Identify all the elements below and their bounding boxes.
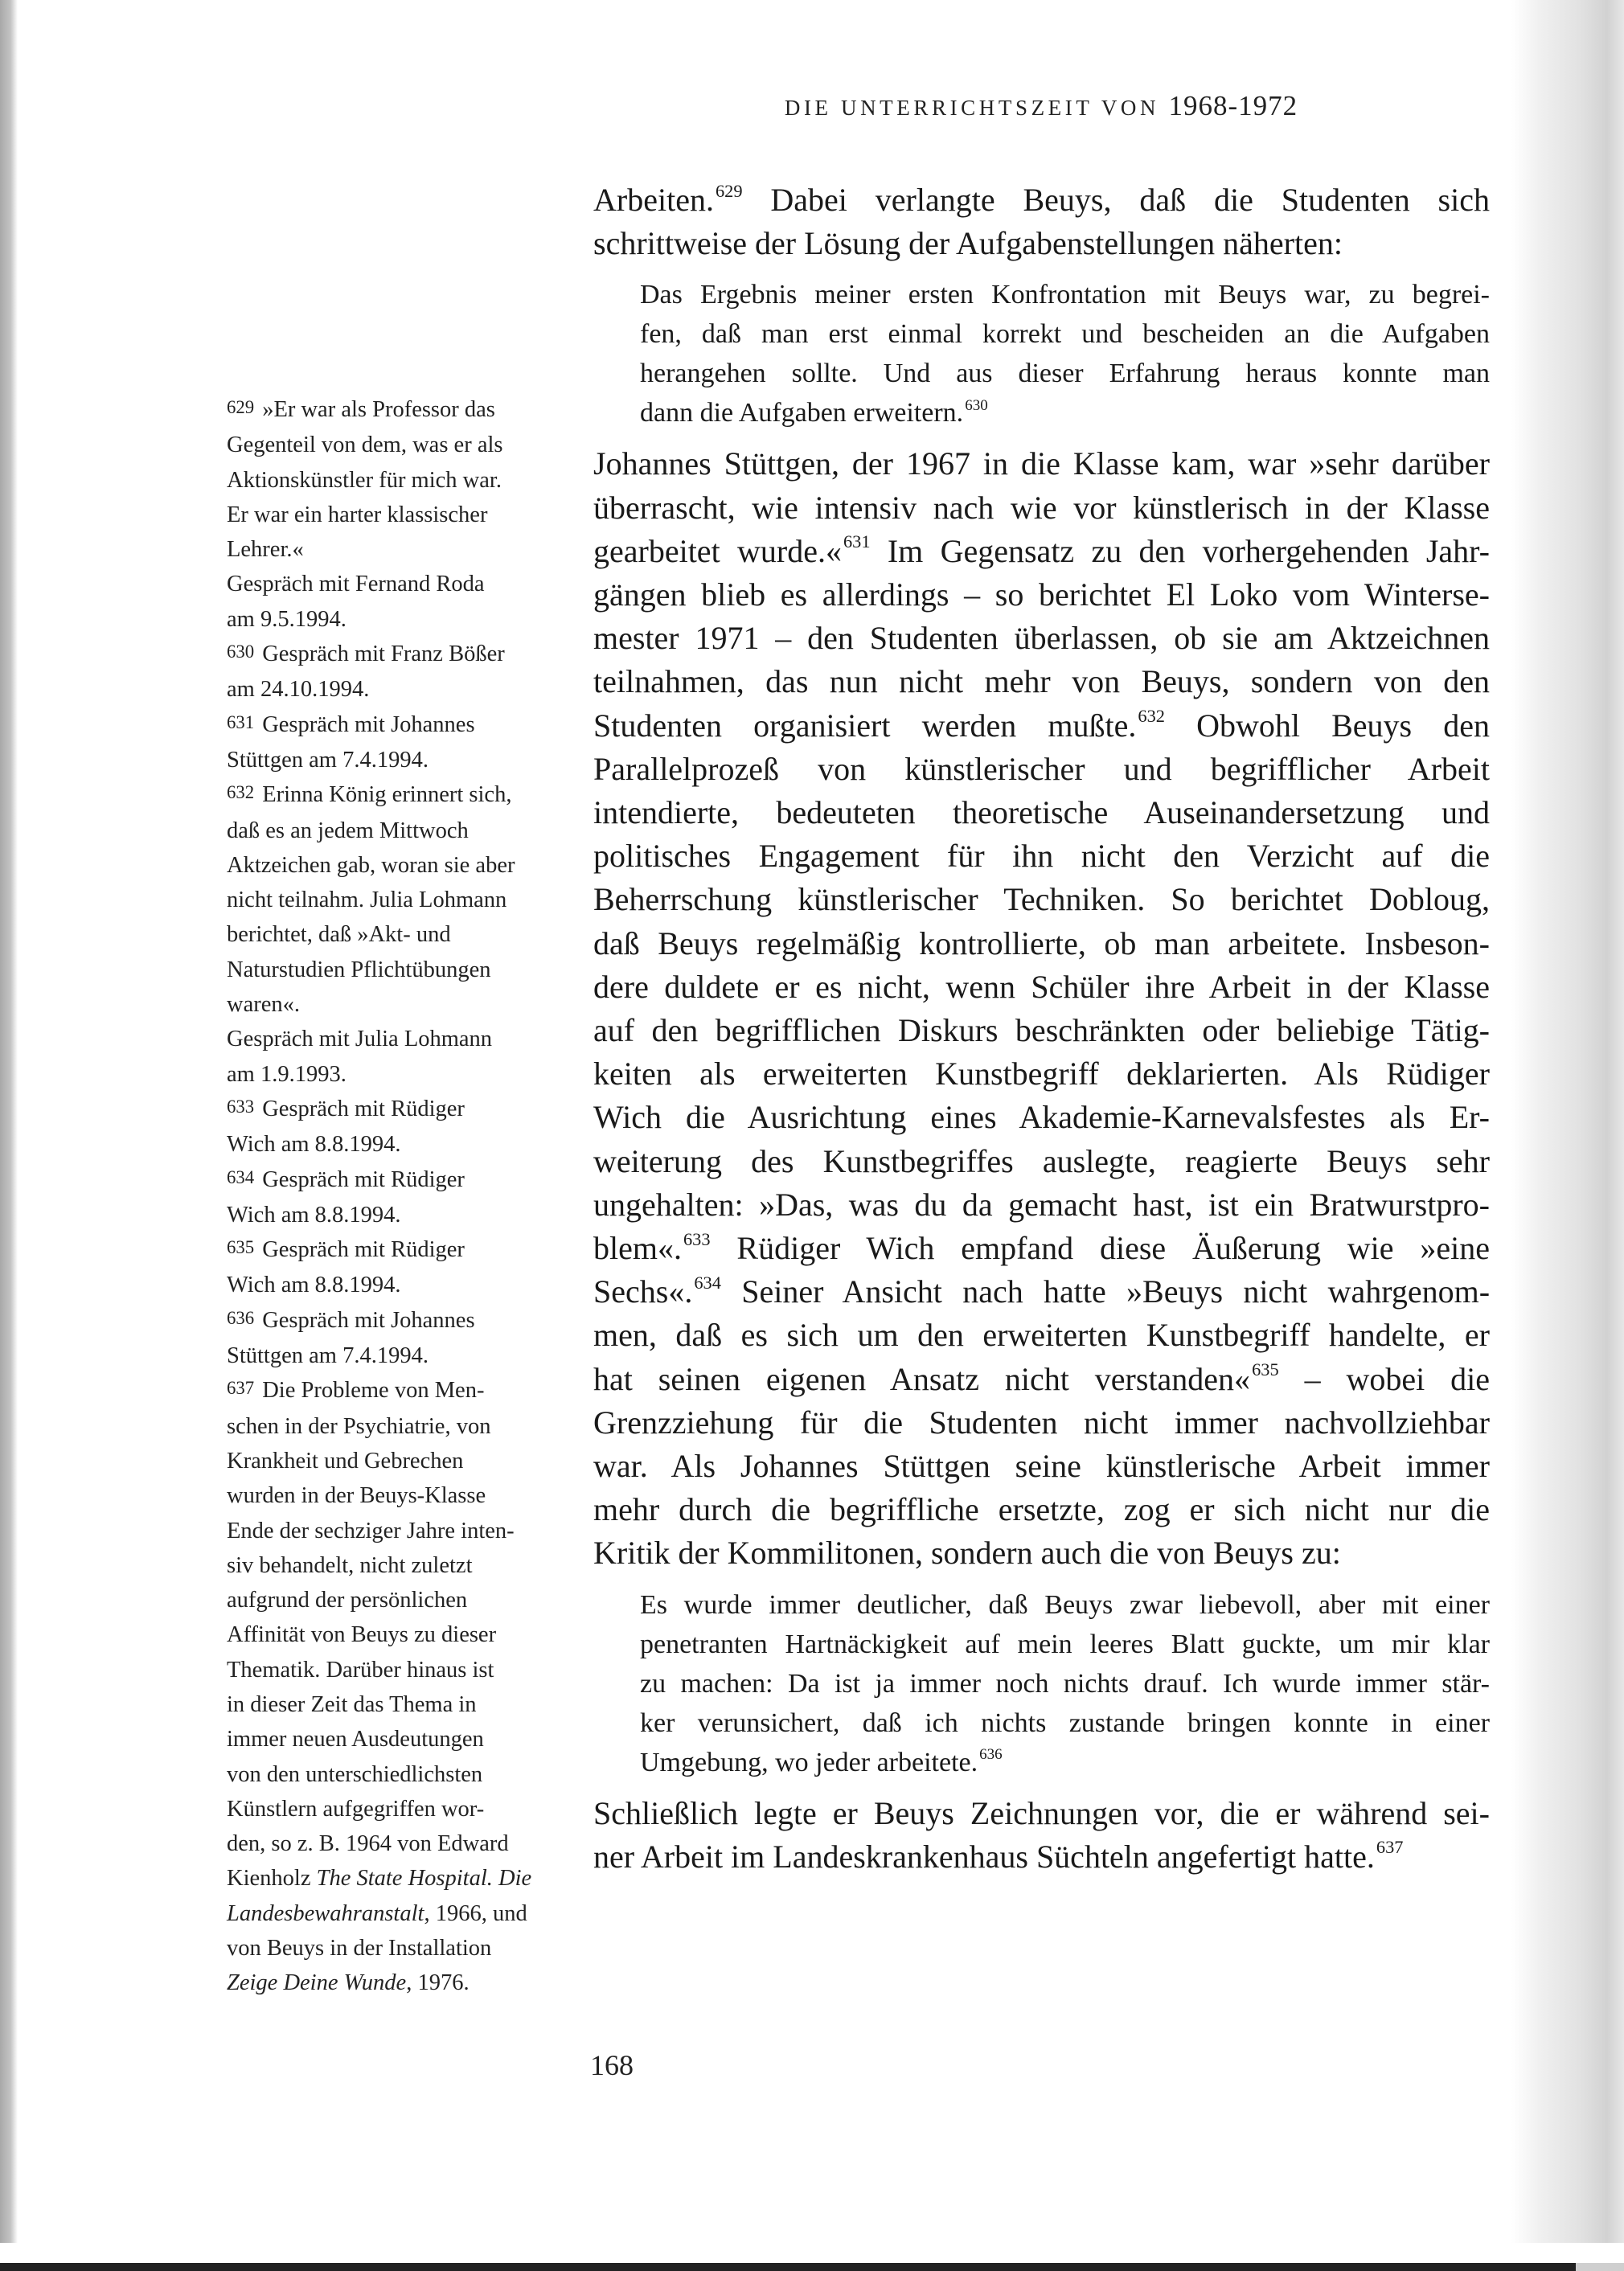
body-text: Rüdiger Wich empfand diese Äußerung wie … (736, 1230, 1490, 1266)
running-head-years: 1968-1972 (1168, 90, 1298, 121)
body-text: mehr durch die begriffliche ersetzte, zo… (593, 1488, 1490, 1531)
footnote-ref[interactable]: 636 (979, 1746, 1003, 1763)
footnote-text: Gespräch mit Julia Lohmann (227, 1022, 548, 1056)
footnote-text: Gespräch mit Fernand Roda (227, 567, 548, 601)
footnote-number: 632 (227, 782, 254, 802)
footnote-text: siv behandelt, nicht zuletzt (227, 1548, 548, 1583)
footnote-635: 635Gespräch mit Rüdiger Wich am 8.8.1994… (227, 1232, 548, 1303)
body-text: Beherrschung künstlerischer Techniken. S… (593, 878, 1490, 921)
body-text: Arbeiten. (593, 182, 714, 218)
body-text: Studenten organisiert werden mußte. (593, 707, 1136, 744)
footnote-633: 633Gespräch mit Rüdiger Wich am 8.8.1994… (227, 1092, 548, 1162)
footnote-text: von den unterschiedlichsten (227, 1757, 548, 1792)
footnote-number: 634 (227, 1167, 254, 1187)
running-head: DIE UNTERRICHTSZEIT VON 1968-1972 (579, 90, 1503, 122)
body-text: keiten als erweiterten Kunstbegriff dekl… (593, 1052, 1490, 1096)
footnote-text: Kienholz (227, 1866, 317, 1891)
footnote-text: , 1976. (406, 1970, 469, 1995)
footnote-text: Ende der sechziger Jahre inten- (227, 1514, 548, 1548)
footnote-text: am 9.5.1994. (227, 602, 548, 637)
body-text: Johannes Stüttgen, der 1967 in die Klass… (593, 442, 1490, 486)
footnote-text: Naturstudien Pflichtübungen (227, 953, 548, 987)
body-text: Sechs«. (593, 1273, 692, 1310)
footnote-text: »Er war als Professor das (262, 397, 495, 422)
body-text: Grenzziehung für die Studenten nicht imm… (593, 1401, 1490, 1445)
footnote-text: nicht teilnahm. Julia Lohmann (227, 883, 548, 917)
scan-binding-shadow-right (1511, 0, 1624, 2243)
block-quote: Es wurde immer deutlicher, daß Beuys zwa… (640, 1585, 1490, 1782)
footnote-ref[interactable]: 631 (843, 531, 871, 551)
footnote-text: Gegenteil von dem, was er als (227, 428, 548, 462)
artwork-title: Landesbewahranstalt (227, 1901, 424, 1926)
body-text: überrascht, wie intensiv nach wie vor kü… (593, 486, 1490, 530)
footnote-text: Thematik. Darüber hinaus ist (227, 1653, 548, 1687)
footnote-ref[interactable]: 635 (1252, 1359, 1279, 1379)
body-text: gearbeitet wurde.« (593, 533, 842, 569)
paragraph: Arbeiten.629 Dabei verlangte Beuys, daß … (593, 178, 1490, 265)
footnote-text: Gespräch mit Franz Bößer (262, 642, 505, 666)
footnote-text: Stüttgen am 7.4.1994. (227, 1338, 548, 1373)
footnote-text: Künstlern aufgegriffen wor- (227, 1792, 548, 1826)
quote-text: herangehen sollte. Und aus dieser Erfahr… (640, 354, 1490, 393)
footnote-ref[interactable]: 634 (694, 1273, 721, 1293)
body-text: Obwohl Beuys den (1196, 707, 1490, 744)
body-text: intendierte, bedeuteten theoretische Aus… (593, 791, 1490, 834)
quote-text: dann die Aufgaben erweitern. (640, 398, 963, 428)
scan-edge-bottom (0, 2263, 1576, 2271)
footnote-text: daß es an jedem Mittwoch (227, 814, 548, 848)
footnote-text: Stüttgen am 7.4.1994. (227, 743, 548, 777)
footnote-number: 633 (227, 1097, 254, 1117)
footnote-631: 631Gespräch mit Johannes Stüttgen am 7.4… (227, 707, 548, 778)
page-number: 168 (590, 2048, 634, 2082)
footnote-text: in dieser Zeit das Thema in (227, 1687, 548, 1722)
paragraph: Schließlich legte er Beuys Zeichnungen v… (593, 1792, 1490, 1879)
footnote-number: 635 (227, 1237, 254, 1257)
quote-text: penetranten Hartnäckigkeit auf mein leer… (640, 1625, 1490, 1664)
footnote-text: Gespräch mit Rüdiger (262, 1167, 465, 1192)
quote-text: Umgebung, wo jeder arbeitete. (640, 1748, 978, 1777)
block-quote: Das Ergebnis meiner ersten Konfrontation… (640, 275, 1490, 432)
footnote-text: wurden in der Beuys-Klasse (227, 1478, 548, 1513)
artwork-title: Zeige Deine Wunde (227, 1970, 406, 1995)
footnote-text: am 1.9.1993. (227, 1057, 548, 1092)
body-text: Kritik der Kommilitonen, sondern auch di… (593, 1531, 1490, 1575)
footnote-636: 636Gespräch mit Johannes Stüttgen am 7.4… (227, 1303, 548, 1374)
footnote-text: Gespräch mit Johannes (262, 1308, 474, 1333)
footnote-text: Aktzeichen gab, woran sie aber (227, 848, 548, 883)
footnote-630: 630Gespräch mit Franz Bößer am 24.10.199… (227, 637, 548, 707)
body-text: ner Arbeit im Landeskrankenhaus Süchteln… (593, 1839, 1375, 1875)
footnote-text: den, so z. B. 1964 von Edward (227, 1826, 548, 1861)
footnote-text: Gespräch mit Rüdiger (262, 1237, 465, 1262)
footnote-text: Wich am 8.8.1994. (227, 1198, 548, 1232)
body-text: teilnahmen, das nun nicht mehr von Beuys… (593, 660, 1490, 703)
body-text: Schließlich legte er Beuys Zeichnungen v… (593, 1792, 1490, 1835)
footnote-number: 630 (227, 642, 254, 662)
footnote-text: Aktionskünstler für mich war. (227, 463, 548, 498)
footnote-number: 629 (227, 397, 254, 417)
footnote-text: schen in der Psychiatrie, von (227, 1409, 548, 1444)
footnote-number: 631 (227, 712, 254, 732)
footnote-ref[interactable]: 632 (1138, 706, 1165, 726)
body-text: hat seinen eigenen Ansatz nicht verstand… (593, 1361, 1250, 1397)
artwork-title: The State Hospital. Die (317, 1866, 532, 1891)
body-text: men, daß es sich um den erweiterten Kuns… (593, 1314, 1490, 1357)
body-text: mester 1971 – den Studenten überlassen, … (593, 617, 1490, 660)
body-text: weiterung des Kunstbegriffes auslegte, r… (593, 1140, 1490, 1183)
body-text: Parallelprozeß von künstlerischer und be… (593, 748, 1490, 791)
footnote-text: Die Probleme von Men- (262, 1378, 484, 1403)
body-text: dere duldete er es nicht, wenn Schüler i… (593, 965, 1490, 1009)
body-text: gängen blieb es allerdings – so berichte… (593, 573, 1490, 617)
quote-text: Das Ergebnis meiner ersten Konfrontation… (640, 275, 1490, 314)
quote-text: fen, daß man erst einmal korrekt und bes… (640, 314, 1490, 354)
body-text: Im Gegensatz zu den vorhergehenden Jahr- (888, 533, 1490, 569)
footnote-text: von Beuys in der Installation (227, 1931, 548, 1966)
footnote-text: Wich am 8.8.1994. (227, 1127, 548, 1162)
footnote-text: aufgrund der persönlichen (227, 1583, 548, 1617)
footnote-text: immer neuen Ausdeutungen (227, 1722, 548, 1757)
footnote-ref[interactable]: 633 (683, 1229, 711, 1249)
footnote-text: Affinität von Beuys zu dieser (227, 1617, 548, 1652)
body-text: war. Als Johannes Stüttgen seine künstle… (593, 1445, 1490, 1488)
footnote-number: 636 (227, 1308, 254, 1328)
body-text: auf den begrifflichen Diskurs beschränkt… (593, 1009, 1490, 1052)
running-head-title: DIE UNTERRICHTSZEIT VON (785, 96, 1159, 120)
footnote-text: berichtet, daß »Akt- und (227, 917, 548, 952)
footnote-text: Wich am 8.8.1994. (227, 1268, 548, 1302)
footnote-629: 629»Er war als Professor das Gegenteil v… (227, 392, 548, 637)
body-text: Dabei verlangte Beuys, daß die Studenten… (743, 182, 1490, 218)
footnote-text: Erinna König erinnert sich, (262, 782, 511, 807)
paragraph: Johannes Stüttgen, der 1967 in die Klass… (593, 442, 1490, 1575)
body-text: blem«. (593, 1230, 682, 1266)
body-text: politisches Engagement für ihn nicht den… (593, 834, 1490, 878)
footnote-text: , 1966, und (424, 1901, 527, 1926)
footnote-634: 634Gespräch mit Rüdiger Wich am 8.8.1994… (227, 1162, 548, 1233)
scan-binding-shadow-left (0, 0, 18, 2243)
body-text: – wobei die (1305, 1361, 1490, 1397)
body-text: daß Beuys regelmäßig kontrollierte, ob m… (593, 922, 1490, 965)
quote-text: zu machen: Da ist ja immer noch nichts d… (640, 1664, 1490, 1703)
body-text: ungehalten: »Das, was du da gemacht hast… (593, 1183, 1490, 1227)
scan-edge-bottom-right (1576, 2263, 1624, 2271)
quote-text: Es wurde immer deutlicher, daß Beuys zwa… (640, 1585, 1490, 1625)
quote-text: ker verunsichert, daß ich nichts zustand… (640, 1703, 1490, 1743)
footnote-ref[interactable]: 630 (965, 397, 988, 414)
footnote-text: am 24.10.1994. (227, 672, 548, 707)
body-text: schrittweise der Lösung der Aufgabenstel… (593, 222, 1490, 265)
footnote-text: waren«. (227, 987, 548, 1022)
footnote-637: 637Die Probleme von Men- schen in der Ps… (227, 1373, 548, 2000)
body-text: Seiner Ansicht nach hatte »Beuys nicht w… (741, 1273, 1490, 1310)
main-text-column: Arbeiten.629 Dabei verlangte Beuys, daß … (593, 178, 1490, 1879)
footnotes-column: 629»Er war als Professor das Gegenteil v… (227, 392, 548, 2001)
footnote-text: Krankheit und Gebrechen (227, 1444, 548, 1478)
footnote-text: Gespräch mit Johannes (262, 712, 474, 737)
footnote-ref[interactable]: 629 (716, 181, 743, 201)
footnote-632: 632Erinna König erinnert sich, daß es an… (227, 777, 548, 1092)
footnote-ref[interactable]: 637 (1376, 1837, 1404, 1857)
footnote-text: Er war ein harter klassischer (227, 498, 548, 532)
footnote-text: Lehrer.« (227, 532, 548, 567)
footnote-number: 637 (227, 1378, 254, 1398)
footnote-text: Gespräch mit Rüdiger (262, 1097, 465, 1121)
body-text: Wich die Ausrichtung eines Akademie-Karn… (593, 1096, 1490, 1139)
